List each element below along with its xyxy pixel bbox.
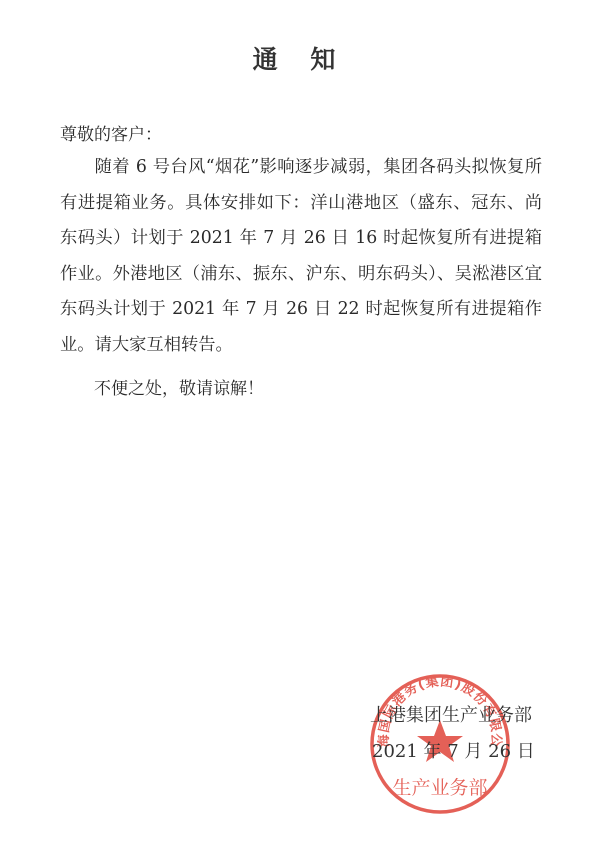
document-title: 通 知: [0, 40, 600, 76]
closing-line: 不便之处，敬请谅解！: [94, 374, 264, 399]
body-paragraph: 随着 6 号台风“烟花”影响逐步减弱，集团各码头拟恢复所有进提箱业务。具体安排如…: [60, 150, 542, 363]
notice-body: 随着 6 号台风“烟花”影响逐步减弱，集团各码头拟恢复所有进提箱业务。具体安排如…: [60, 150, 542, 363]
signature: 上港集团生产业务部: [370, 701, 532, 727]
greeting: 尊敬的客户：: [60, 120, 162, 145]
stamp-inner-text: 生产业务部: [392, 777, 487, 799]
signature-date: 2021 年 7 月 26 日: [372, 737, 535, 763]
